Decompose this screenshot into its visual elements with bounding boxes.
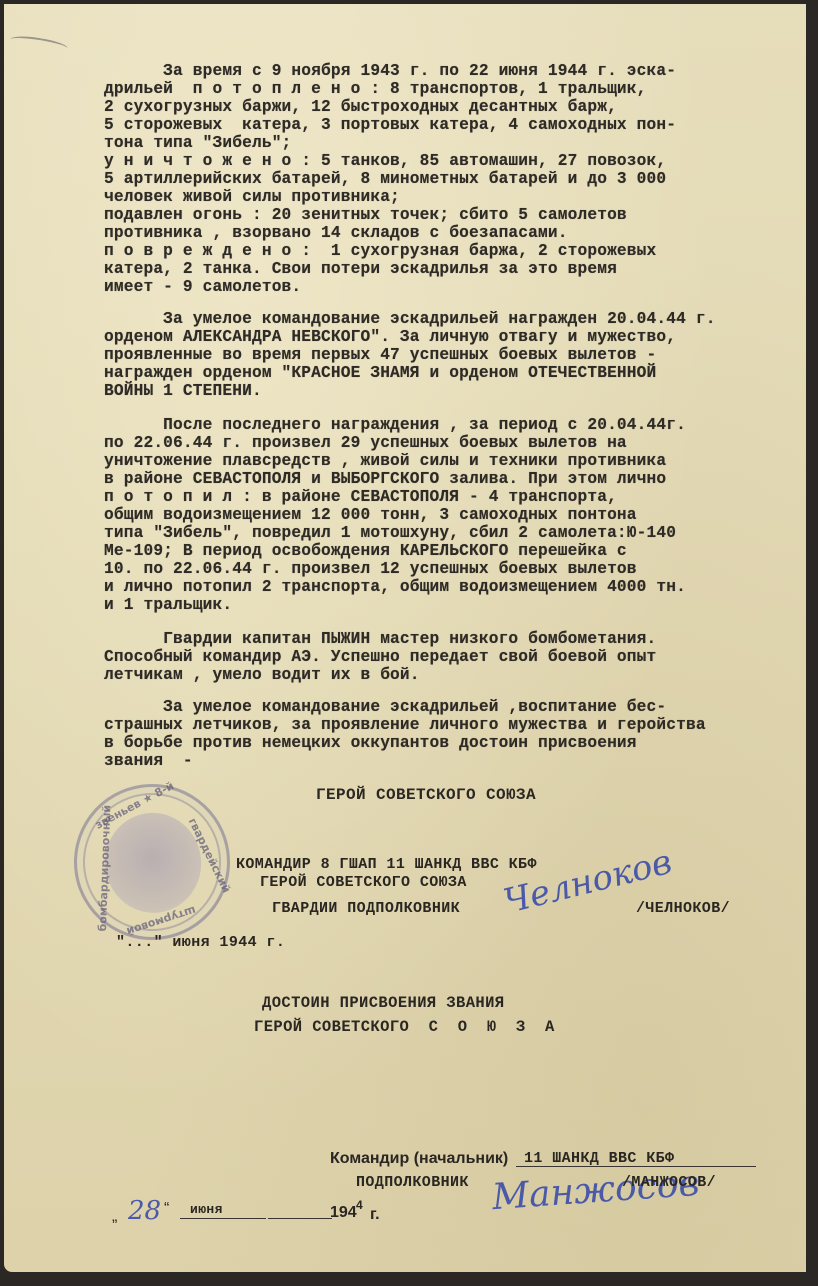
date-day-handwritten: 28 <box>128 1196 161 1226</box>
text-line: награжден орденом "КРАСНОЕ ЗНАМЯ и орден… <box>104 364 656 382</box>
commander-rank: ГВАРДИИ ПОДПОЛКОВНИК <box>272 900 460 917</box>
text-line: За умелое командование эскадрильей ,восп… <box>104 698 666 716</box>
text-line: у н и ч т о ж е н о : 5 танков, 85 автом… <box>104 152 666 170</box>
month-underline <box>180 1218 266 1219</box>
commander-date: "..." июня 1944 г. <box>116 934 285 951</box>
text-line: Гвардии капитан ПЫЖИН мастер низкого бом… <box>104 630 656 648</box>
text-line: имеет - 9 самолетов. <box>104 278 301 296</box>
division-rank: ПОДПОЛКОВНИК <box>356 1174 469 1191</box>
text-line: проявленные во время первых 47 успешных … <box>104 346 656 364</box>
resolution-line2: ГЕРОЙ СОВЕТСКОГО С О Ю З А <box>254 1018 555 1036</box>
paper-crease <box>9 34 68 55</box>
text-line: и лично потопил 2 транспорта, общим водо… <box>104 578 686 596</box>
division-unit: 11 ШАНКД ВВС КБФ <box>524 1150 674 1167</box>
text-line: страшных летчиков, за проявление личного… <box>104 716 706 734</box>
text-line: в борьбе против немецких оккупантов дост… <box>104 734 637 752</box>
text-line: по 22.06.44 г. произвел 29 успешных боев… <box>104 434 627 452</box>
text-line: противника , взорвано 14 складов с боеза… <box>104 224 568 242</box>
commander-label: Командир (начальник) <box>330 1150 508 1168</box>
division-name: /МАНЖОСОВ/ <box>622 1174 716 1191</box>
date-underline <box>268 1218 332 1219</box>
date-year-prefix: 194 <box>330 1204 357 1222</box>
text-line: звания - <box>104 752 193 770</box>
date-close-quote: “ <box>164 1200 169 1218</box>
text-line: общим водоизмещением 12 000 тонн, 3 само… <box>104 506 637 524</box>
text-line: человек живой силы противника; <box>104 188 400 206</box>
date-open-quote: „ <box>112 1208 117 1226</box>
text-line: После последнего награждения , за период… <box>104 416 686 434</box>
date-year-suffix: 4 <box>356 1198 363 1212</box>
text-line: уничтожение плавсредств , живой силы и т… <box>104 452 666 470</box>
text-line: п о в р е ж д е н о : 1 сухогрузная барж… <box>104 242 656 260</box>
text-line: Способный командир АЭ. Успешно передает … <box>104 648 656 666</box>
official-stamp: звеньев ★ 8-й бомбардировочный гвардейск… <box>64 774 240 950</box>
commander-name: /ЧЕЛНОКОВ/ <box>636 900 730 917</box>
text-line: и 1 тральщик. <box>104 596 232 614</box>
text-line: дрильей п о т о п л е н о : 8 транспорто… <box>104 80 647 98</box>
date-month: июня <box>190 1202 223 1217</box>
text-line: типа "Зибель", повредил 1 мотошхуну, сби… <box>104 524 676 542</box>
text-line: За умелое командование эскадрильей награ… <box>104 310 716 328</box>
text-line: тона типа "Зибель"; <box>104 134 291 152</box>
text-line: 2 сухогрузных баржи, 12 быстроходных дес… <box>104 98 617 116</box>
text-line: в районе СЕВАСТОПОЛЯ и ВЫБОРГСКОГО залив… <box>104 470 666 488</box>
commander-title: КОМАНДИР 8 ГШАП 11 ШАНКД ВВС КБФ <box>236 856 537 873</box>
text-line: катера, 2 танка. Свои потери эскадрилья … <box>104 260 617 278</box>
text-line: За время с 9 ноября 1943 г. по 22 июня 1… <box>104 62 676 80</box>
text-line: 10. по 22.06.44 г. произвел 12 успешных … <box>104 560 637 578</box>
date-year-unit: г. <box>370 1206 380 1224</box>
text-line: 5 артиллерийских батарей, 8 минометных б… <box>104 170 666 188</box>
text-line: летчикам , умело водит их в бой. <box>104 666 420 684</box>
text-line: п о т о п и л : в районе СЕВАСТОПОЛЯ - 4… <box>104 488 617 506</box>
award-title: ГЕРОЙ СОВЕТСКОГО СОЮЗА <box>316 786 536 804</box>
document-page: За время с 9 ноября 1943 г. по 22 июня 1… <box>4 4 806 1272</box>
commander-hero-title: ГЕРОЙ СОВЕТСКОГО СОЮЗА <box>260 874 467 891</box>
text-line: орденом АЛЕКСАНДРА НЕВСКОГО". За личную … <box>104 328 676 346</box>
resolution-line1: ДОСТОИН ПРИСВОЕНИЯ ЗВАНИЯ <box>262 994 505 1012</box>
text-line: Ме-109; В период освобождения КАРЕЛЬСКОГ… <box>104 542 627 560</box>
text-line: подавлен огонь : 20 зенитных точек; сбит… <box>104 206 627 224</box>
text-line: 5 сторожевых катера, 3 портовых катера, … <box>104 116 676 134</box>
text-line: ВОЙНЫ 1 СТЕПЕНИ. <box>104 382 262 400</box>
